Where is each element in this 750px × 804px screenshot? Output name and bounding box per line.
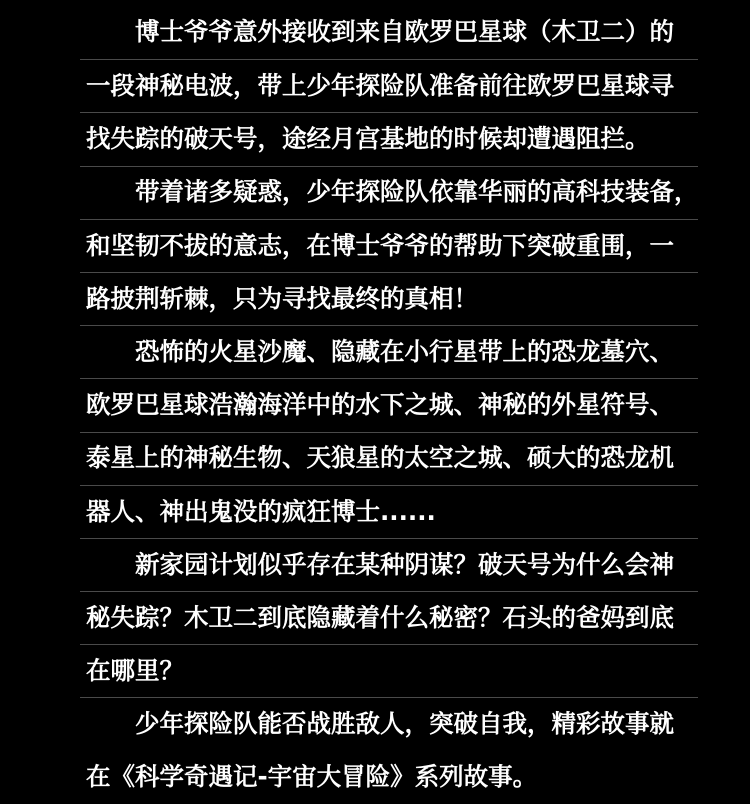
synopsis-line-7: 恐怖的火星沙魔、隐藏在小行星带上的恐龙墓穴、	[80, 325, 698, 378]
synopsis-line-text: 少年探险队能否战胜敌人，突破自我，精彩故事就	[80, 712, 674, 737]
synopsis-line-2: 一段神秘电波，带上少年探险队准备前往欧罗巴星球寻	[80, 59, 698, 112]
synopsis-line-6: 路披荆斩棘，只为寻找最终的真相！	[80, 272, 698, 325]
synopsis-line-text: 秘失踪？木卫二到底隐藏着什么秘密？石头的爸妈到底	[80, 606, 674, 631]
synopsis-line-3: 找失踪的破天号，途经月宫基地的时候却遭遇阻拦。	[80, 112, 698, 165]
synopsis-line-text: 路披荆斩棘，只为寻找最终的真相！	[80, 287, 478, 312]
synopsis-line-text: 器人、神出鬼没的疯狂博士......	[80, 500, 436, 525]
synopsis-line-text: 和坚韧不拔的意志，在博士爷爷的帮助下突破重围，一	[80, 234, 674, 259]
synopsis-line-text: 一段神秘电波，带上少年探险队准备前往欧罗巴星球寻	[80, 74, 674, 99]
synopsis-line-8: 欧罗巴星球浩瀚海洋中的水下之城、神秘的外星符号、	[80, 378, 698, 431]
synopsis-line-text: 泰星上的神秘生物、天狼星的太空之城、硕大的恐龙机	[80, 446, 674, 471]
synopsis-line-1: 博士爷爷意外接收到来自欧罗巴星球（木卫二）的	[80, 6, 698, 59]
synopsis-line-14: 少年探险队能否战胜敌人，突破自我，精彩故事就	[80, 697, 698, 750]
book-description-page: 博士爷爷意外接收到来自欧罗巴星球（木卫二）的 一段神秘电波，带上少年探险队准备前…	[0, 0, 750, 804]
synopsis-line-text: 新家园计划似乎存在某种阴谋？破天号为什么会神	[80, 553, 674, 578]
synopsis-line-11: 新家园计划似乎存在某种阴谋？破天号为什么会神	[80, 538, 698, 591]
synopsis-line-text: 在哪里？	[80, 659, 184, 684]
synopsis-line-text: 在《科学奇遇记-宇宙大冒险》系列故事。	[80, 765, 537, 790]
synopsis-line-text: 恐怖的火星沙魔、隐藏在小行星带上的恐龙墓穴、	[80, 340, 674, 365]
synopsis-line-text: 带着诸多疑惑，少年探险队依靠华丽的高科技装备，	[80, 180, 699, 205]
synopsis-line-5: 和坚韧不拔的意志，在博士爷爷的帮助下突破重围，一	[80, 219, 698, 272]
synopsis-line-text: 博士爷爷意外接收到来自欧罗巴星球（木卫二）的	[80, 20, 674, 45]
synopsis-line-15: 在《科学奇遇记-宇宙大冒险》系列故事。	[80, 751, 698, 804]
synopsis-line-12: 秘失踪？木卫二到底隐藏着什么秘密？石头的爸妈到底	[80, 591, 698, 644]
book-synopsis: 博士爷爷意外接收到来自欧罗巴星球（木卫二）的 一段神秘电波，带上少年探险队准备前…	[80, 6, 698, 804]
synopsis-line-13: 在哪里？	[80, 644, 698, 697]
synopsis-line-10: 器人、神出鬼没的疯狂博士......	[80, 485, 698, 538]
synopsis-line-9: 泰星上的神秘生物、天狼星的太空之城、硕大的恐龙机	[80, 432, 698, 485]
synopsis-line-text: 找失踪的破天号，途经月宫基地的时候却遭遇阻拦。	[80, 127, 650, 152]
synopsis-line-4: 带着诸多疑惑，少年探险队依靠华丽的高科技装备，	[80, 166, 698, 219]
synopsis-line-text: 欧罗巴星球浩瀚海洋中的水下之城、神秘的外星符号、	[80, 393, 674, 418]
